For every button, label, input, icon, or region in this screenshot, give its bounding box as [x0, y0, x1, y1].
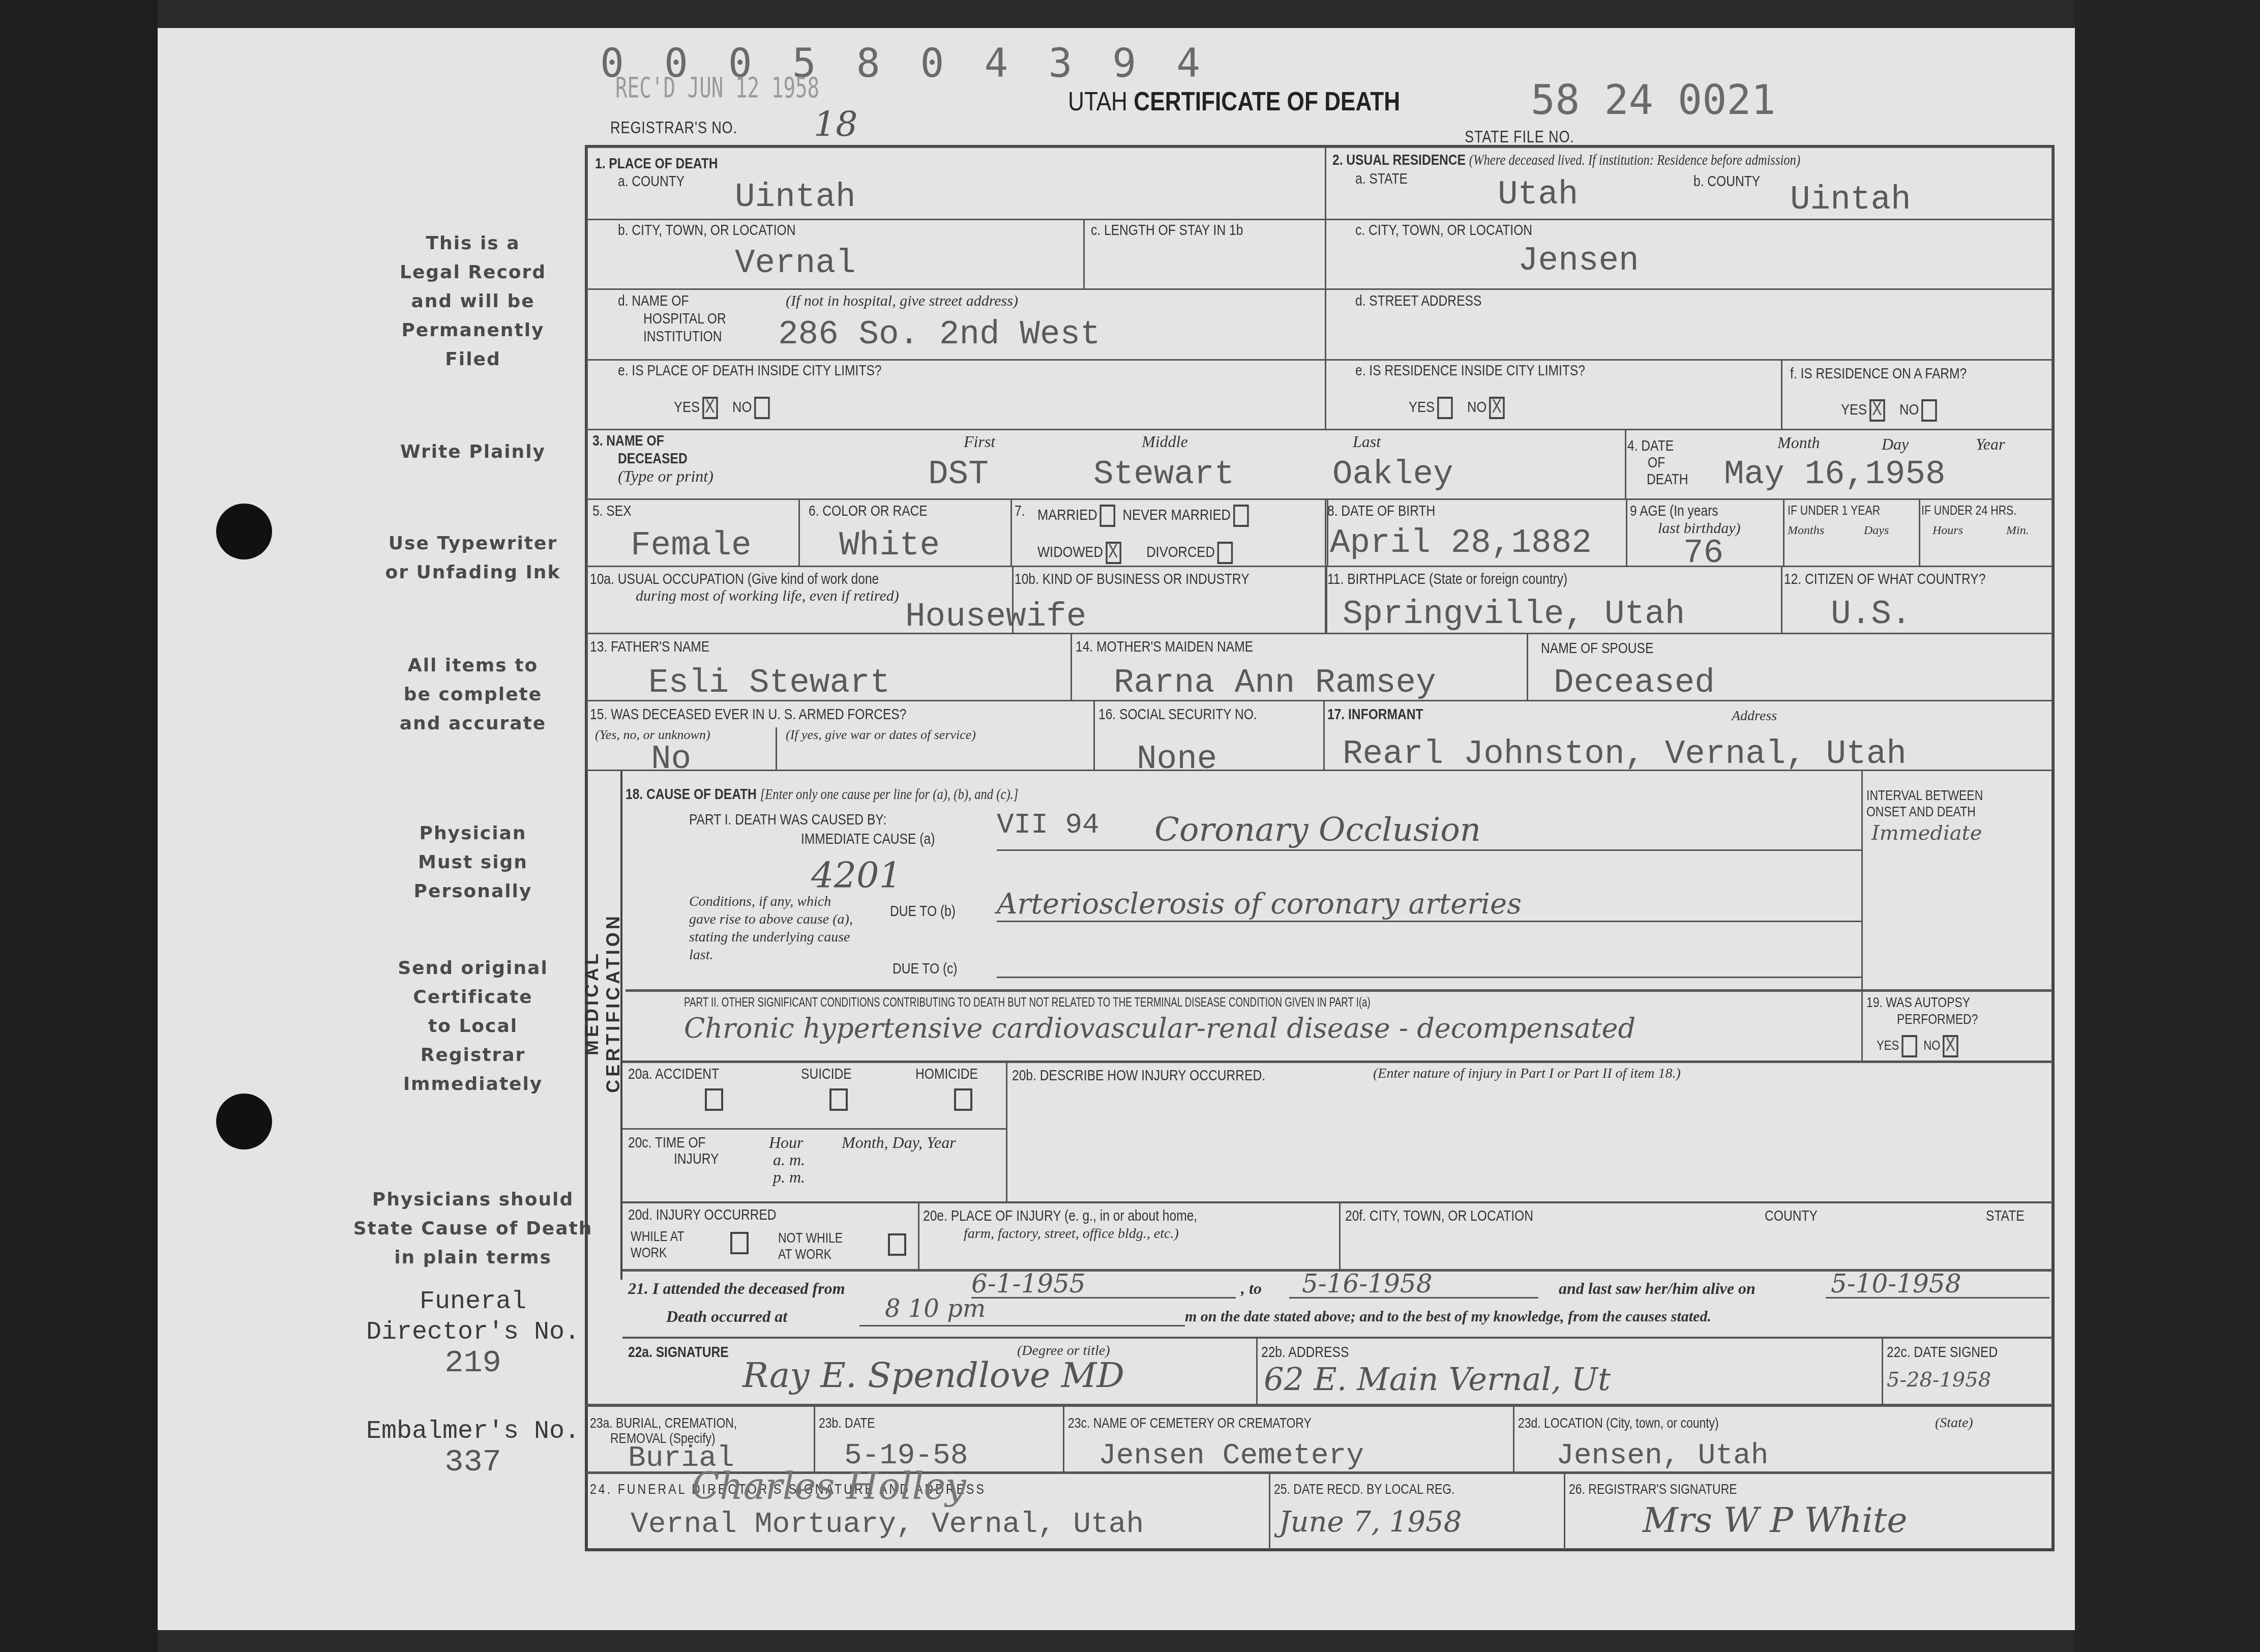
note: Physicians should [331, 1185, 615, 1214]
occupation-hint: during most of working life, even if ret… [636, 587, 899, 605]
never-married-label: NEVER MARRIED [1122, 507, 1231, 523]
note: Physician [331, 819, 615, 848]
note-cause-plain: Physicians should State Cause of Death i… [331, 1185, 615, 1272]
attended-from-label: 21. I attended the deceased from [628, 1279, 845, 1298]
physician-signature: Ray E. Spendlove MD [742, 1355, 1124, 1396]
residence-farm-options: YES NO [1841, 399, 1937, 422]
note: Legal Record [331, 258, 615, 287]
burial-method-label: 23a. BURIAL, CREMATION, [590, 1415, 737, 1431]
note: to Local [331, 1012, 615, 1041]
residence-city-value: Jensen [1518, 242, 1639, 280]
marital-label: 7. [1015, 503, 1025, 520]
attended-to-value: 5-16-1958 [1302, 1269, 1432, 1299]
city-label: b. CITY, TOWN, OR LOCATION [618, 222, 795, 239]
death-time-line [859, 1325, 1185, 1326]
medical-divider [620, 771, 622, 1280]
death-county-value: Uintah [735, 178, 856, 216]
time-of-injury-label: INJURY [674, 1150, 719, 1168]
divider [1256, 1337, 1258, 1405]
note-complete: All items to be complete and accurate [331, 651, 615, 738]
length-of-stay-label: c. LENGTH OF STAY IN 1b [1091, 222, 1243, 239]
registrars-no: 18 [814, 104, 858, 144]
hospital-hint: (If not in hospital, give street address… [786, 292, 1018, 310]
state-file-no-label: STATE FILE NO. [1465, 127, 1574, 147]
residence-farm-no-checkbox[interactable] [1921, 399, 1937, 422]
last-saw-value: 5-10-1958 [1831, 1269, 1961, 1299]
due-to-b-label: DUE TO (b) [890, 903, 956, 920]
under-1-year-label: IF UNDER 1 YEAR [1788, 503, 1880, 518]
month-label: Month [1777, 433, 1820, 452]
ssn-value: None [1137, 740, 1217, 778]
widowed-checkbox[interactable] [1106, 542, 1121, 564]
cause-of-death-label: 18. CAUSE OF DEATH [Enter only one cause… [626, 786, 1018, 803]
mother-label: 14. MOTHER'S MAIDEN NAME [1076, 638, 1253, 656]
physician-address-label: 22b. ADDRESS [1261, 1344, 1349, 1361]
autopsy-options: YES NO [1877, 1035, 1958, 1057]
death-inside-city-no-checkbox[interactable] [754, 397, 770, 419]
note-send-original: Send original Certificate to Local Regis… [331, 954, 615, 1099]
hospital-label: HOSPITAL OR [643, 310, 726, 328]
autopsy-no-checkbox[interactable] [1943, 1035, 1958, 1057]
yes-label: YES [1409, 399, 1435, 416]
residence-county-label: b. COUNTY [1693, 173, 1760, 190]
citizen-value: U.S. [1831, 595, 1911, 633]
month-day-year-label: Month, Day, Year [842, 1133, 956, 1152]
day-label: Day [1882, 435, 1909, 454]
married-checkbox[interactable] [1100, 505, 1116, 527]
to-label: , to [1241, 1279, 1262, 1298]
dob-value: April 28,1882 [1330, 524, 1592, 562]
date-of-death-label: DEATH [1647, 471, 1688, 488]
father-value: Esli Stewart [648, 664, 890, 702]
inside-city-label: e. IS PLACE OF DEATH INSIDE CITY LIMITS? [618, 362, 882, 379]
county-label: a. COUNTY [618, 173, 685, 190]
spouse-label: NAME OF SPOUSE [1541, 640, 1653, 657]
registrars-no-label: REGISTRAR'S NO. [610, 118, 737, 138]
armed-forces-value: No [651, 740, 691, 778]
physician-address-value: 62 E. Main Vernal, Ut [1264, 1361, 1611, 1398]
attended-to-line [1289, 1297, 1538, 1299]
marital-row-1: MARRIED NEVER MARRIED [1037, 505, 1249, 527]
divider [1063, 1407, 1064, 1473]
injury-city-label: 20f. CITY, TOWN, OR LOCATION [1345, 1207, 1533, 1225]
scan-background-right [2075, 0, 2260, 1652]
hospital-label: d. NAME OF [618, 292, 689, 310]
autopsy-label: PERFORMED? [1897, 1011, 1978, 1027]
funeral-director-no: 219 [331, 1348, 615, 1378]
autopsy-yes-checkbox[interactable] [1901, 1035, 1917, 1057]
birthplace-value: Springville, Utah [1343, 595, 1685, 633]
signature-top-line [622, 1337, 2053, 1339]
note: or Unfading Ink [331, 558, 615, 587]
informant-label: 17. INFORMANT [1327, 706, 1423, 723]
section-1-label: 1. PLACE OF DEATH [595, 155, 718, 172]
divorced-checkbox[interactable] [1217, 542, 1233, 564]
months-label: Months [1788, 524, 1824, 538]
funeral-director-number-block: Funeral Director's No. 219 [331, 1287, 615, 1378]
cemetery-label: 23c. NAME OF CEMETERY OR CREMATORY [1068, 1415, 1312, 1431]
am-label: a. m. [773, 1150, 805, 1169]
date-received-label: 25. DATE RECD. BY LOCAL REG. [1274, 1481, 1455, 1497]
place-of-injury-hint: farm, factory, street, office bldg., etc… [964, 1226, 1179, 1242]
punch-hole-bottom [216, 1094, 272, 1149]
residence-inside-city-yes-checkbox[interactable] [1437, 397, 1453, 419]
interval-label: ONSET AND DEATH [1866, 804, 1976, 820]
suicide-label: SUICIDE [801, 1066, 852, 1083]
death-inside-city-options: YES NO [674, 397, 770, 419]
note: Must sign [331, 848, 615, 877]
yes-label: YES [674, 399, 700, 416]
residence-inside-city-no-checkbox[interactable] [1489, 397, 1505, 419]
sidebar-instructions: This is a Legal Record and will be Perma… [331, 229, 615, 374]
funeral-director-signature: Charles Holley [692, 1465, 966, 1508]
injury-place-top-line [622, 1201, 2053, 1203]
scan-background-left [0, 0, 158, 1652]
note: State Cause of Death [331, 1214, 615, 1243]
name-hint: (Type or print) [618, 467, 713, 486]
injury-occurred-label: 20d. INJURY OCCURRED [628, 1206, 777, 1224]
yes-label: YES [1841, 401, 1867, 418]
death-time-value: 8 10 pm [885, 1294, 986, 1323]
injury-state-label: STATE [1986, 1207, 2025, 1225]
divider [776, 727, 777, 771]
armed-forces-label: 15. WAS DECEASED EVER IN U. S. ARMED FOR… [590, 706, 906, 723]
race-value: White [839, 526, 940, 565]
injury-top-line [622, 1060, 2053, 1063]
residence-inside-city-options: YES NO [1409, 397, 1505, 419]
while-at-work-checkbox[interactable] [730, 1232, 749, 1254]
funeral-director-label: Funeral [331, 1287, 615, 1317]
due-to-b-line [997, 921, 1861, 922]
describe-hint: (Enter nature of injury in Part I or Par… [1373, 1066, 1681, 1082]
residence-county-value: Uintah [1790, 181, 1911, 219]
last-saw-line [1826, 1297, 2049, 1299]
registrar-signature: Mrs W P White [1643, 1500, 1908, 1541]
attended-from-line [971, 1297, 1236, 1299]
divider [1882, 1337, 1883, 1405]
note: Immediately [331, 1070, 615, 1099]
due-to-c-label: DUE TO (c) [893, 960, 958, 978]
interval-label: INTERVAL BETWEEN [1866, 787, 1983, 804]
name-label: 3. NAME OF [592, 432, 664, 450]
divider [1564, 1474, 1565, 1550]
note: and accurate [331, 709, 615, 738]
part2-label: PART II. OTHER SIGNIFICANT CONDITIONS CO… [684, 994, 1371, 1010]
funeral-director-value: Vernal Mortuary, Vernal, Utah [631, 1508, 1144, 1541]
year-label: Year [1976, 435, 2005, 454]
due-to-c-line [997, 977, 1861, 978]
death-inside-city-yes-checkbox[interactable] [702, 397, 718, 419]
informant-value: Rearl Johnston, Vernal, Utah [1343, 735, 1907, 773]
burial-location-value: Jensen, Utah [1556, 1439, 1769, 1472]
sex-label: 5. SEX [592, 503, 632, 520]
immediate-cause-line [997, 849, 1861, 851]
residence-farm-label: f. IS RESIDENCE ON A FARM? [1790, 365, 1967, 382]
interval-value: Immediate [1871, 821, 1982, 845]
describe-label: 20b. DESCRIBE HOW INJURY OCCURRED. [1012, 1067, 1265, 1084]
business-label: 10b. KIND OF BUSINESS OR INDUSTRY [1015, 571, 1250, 588]
burial-state-label: (State) [1935, 1415, 1973, 1431]
date-received-value: June 7, 1958 [1279, 1506, 1462, 1539]
injury-county-label: COUNTY [1765, 1207, 1818, 1225]
suicide-checkbox[interactable] [829, 1088, 848, 1111]
note: Personally [331, 877, 615, 906]
residence-street-label: d. STREET ADDRESS [1355, 292, 1481, 310]
burial-top-line [586, 1404, 2053, 1407]
note: Filed [331, 345, 615, 374]
death-occurred-label: Death occurred at [666, 1307, 787, 1326]
conditions-hint: Conditions, if any, which gave rise to a… [689, 893, 854, 964]
note-typewriter: Use Typewriter or Unfading Ink [331, 529, 615, 587]
note: in plain terms [331, 1243, 615, 1272]
part2-value: Chronic hypertensive cardiovascular-rena… [684, 1012, 1635, 1044]
accident-label: 20a. ACCIDENT [628, 1066, 719, 1083]
homicide-label: HOMICIDE [915, 1066, 978, 1083]
embalmer-number-block: Embalmer's No. 337 [331, 1417, 615, 1478]
part1-label: PART I. DEATH WAS CAUSED BY: [689, 811, 886, 829]
while-at-work-label: WHILE AT WORK [631, 1228, 689, 1261]
immediate-cause-label: IMMEDIATE CAUSE (a) [801, 831, 935, 848]
date-of-death-value: May 16,1958 [1724, 455, 1946, 493]
note: and will be [331, 287, 615, 316]
time-of-injury-label: 20c. TIME OF [628, 1134, 706, 1152]
hours-label: Hours [1932, 524, 1963, 538]
date-signed-label: 22c. DATE SIGNED [1887, 1344, 1998, 1361]
title-prefix: UTAH [1068, 87, 1127, 116]
interval-divider [1861, 771, 1863, 992]
hospital-label: INSTITUTION [643, 328, 722, 345]
residence-state-label: a. STATE [1355, 170, 1408, 188]
note: This is a [331, 229, 615, 258]
under-24-hrs-label: IF UNDER 24 HRS. [1921, 503, 2016, 518]
residence-farm-yes-checkbox[interactable] [1869, 399, 1885, 422]
autopsy-label: 19. WAS AUTOPSY [1866, 994, 1970, 1011]
divider [918, 1201, 919, 1270]
embalmer-no: 337 [331, 1447, 615, 1478]
mother-value: Rarna Ann Ramsey [1114, 664, 1436, 702]
date-of-death-label: OF [1648, 454, 1665, 471]
divider [1269, 1474, 1270, 1550]
autopsy-divider [1861, 989, 1863, 1060]
no-label: NO [1899, 401, 1919, 418]
dob-label: 8. DATE OF BIRTH [1327, 503, 1435, 520]
middle-name-value: Stewart [1093, 455, 1234, 493]
residence-city-label: c. CITY, TOWN, OR LOCATION [1355, 222, 1532, 239]
yes-label: YES [1877, 1038, 1899, 1053]
immediate-code: VII 94 [997, 809, 1099, 841]
first-name-value: DST [928, 455, 989, 493]
note: All items to [331, 651, 615, 680]
received-stamp: REC'D JUN 12 1958 [615, 71, 819, 104]
divider [1513, 1407, 1514, 1473]
registrar-signature-label: 26. REGISTRAR'S SIGNATURE [1569, 1481, 1737, 1497]
embalmer-label: Embalmer's No. [331, 1417, 615, 1447]
not-while-at-work-label: NOT WHILE AT WORK [778, 1230, 849, 1262]
race-label: 6. COLOR OR RACE [809, 503, 928, 520]
cemetery-value: Jensen Cemetery [1098, 1439, 1364, 1472]
armed-forces-service-hint: (If yes, give war or dates of service) [786, 727, 976, 743]
married-label: MARRIED [1037, 507, 1097, 523]
middle-label: Middle [1142, 432, 1188, 451]
birthplace-label: 11. BIRTHPLACE (State or foreign country… [1327, 571, 1567, 588]
note: Use Typewriter [331, 529, 615, 558]
name-label-2: DECEASED [618, 450, 688, 467]
father-label: 13. FATHER'S NAME [590, 638, 709, 656]
time-injury-top-line [622, 1128, 1006, 1130]
note: be complete [331, 680, 615, 709]
last-name-value: Oakley [1332, 455, 1453, 493]
age-label: 9 AGE (In years [1630, 503, 1718, 520]
note-physician: Physician Must sign Personally [331, 819, 615, 906]
burial-date-label: 23b. DATE [819, 1415, 875, 1431]
no-label: NO [1467, 399, 1486, 416]
no-label: NO [1923, 1038, 1940, 1053]
citizen-label: 12. CITIZEN OF WHAT COUNTRY? [1784, 571, 1985, 588]
note: Permanently [331, 316, 615, 345]
sex-value: Female [631, 526, 752, 565]
code-note: 4201 [811, 854, 902, 896]
note: Certificate [331, 983, 615, 1012]
divider [814, 1407, 815, 1473]
marital-row-2: WIDOWED DIVORCED [1037, 542, 1233, 564]
date-signed-value: 5-28-1958 [1887, 1368, 1991, 1392]
place-of-injury-label: 20e. PLACE OF INJURY (e. g., in or about… [923, 1207, 1197, 1225]
spouse-value: Deceased [1554, 664, 1715, 702]
last-saw-label: and last saw her/him alive on [1559, 1279, 1756, 1298]
pm-label: p. m. [773, 1168, 805, 1187]
punch-hole-top [216, 504, 272, 559]
homicide-checkbox[interactable] [954, 1088, 972, 1111]
widowed-label: WIDOWED [1037, 544, 1103, 560]
informant-address-label: Address [1732, 708, 1777, 724]
date-of-death-label: 4. DATE [1627, 437, 1674, 455]
no-label: NO [732, 399, 752, 416]
burial-location-label: 23d. LOCATION (City, town, or county) [1518, 1415, 1719, 1431]
medical-certification-side: MEDICAL CERTIFICATION [585, 773, 620, 1221]
describe-divider [1006, 1060, 1007, 1203]
accident-checkbox[interactable] [705, 1088, 723, 1111]
occupation-label: 10a. USUAL OCCUPATION (Give kind of work… [590, 571, 879, 588]
note-write-plainly: Write Plainly [331, 437, 615, 466]
divider [1339, 1201, 1341, 1270]
days-label: Days [1864, 524, 1889, 538]
signature-label: 22a. SIGNATURE [628, 1344, 729, 1361]
section-2-label: 2. USUAL RESIDENCE (Where deceased lived… [1332, 152, 1800, 169]
state-file-number: 58 24 0021 [1531, 76, 1776, 124]
first-label: First [964, 432, 995, 451]
death-city-value: Vernal [735, 244, 856, 282]
certificate-title: UTAH CERTIFICATE OF DEATH [1068, 86, 1400, 117]
hour-label: Hour [769, 1133, 804, 1152]
note: Registrar [331, 1041, 615, 1070]
last-label: Last [1353, 432, 1381, 451]
attended-from-value: 6-1-1955 [971, 1269, 1086, 1299]
note: Send original [331, 954, 615, 983]
ssn-label: 16. SOCIAL SECURITY NO. [1098, 706, 1257, 723]
attestation-statement: m on the date stated above; and to the b… [1185, 1308, 1711, 1325]
never-married-checkbox[interactable] [1233, 505, 1249, 527]
title-text: CERTIFICATE OF DEATH [1134, 87, 1400, 116]
min-label: Min. [2006, 524, 2029, 538]
residence-state-value: Utah [1498, 175, 1578, 214]
immediate-cause-value: Coronary Occlusion [1154, 811, 1481, 849]
residence-inside-city-label: e. IS RESIDENCE INSIDE CITY LIMITS? [1355, 362, 1585, 379]
due-to-b-value: Arteriosclerosis of coronary arteries [997, 888, 1522, 921]
part2-top-line [626, 989, 2053, 992]
divorced-label: DIVORCED [1146, 544, 1215, 560]
funeral-director-label: Director's No. [331, 1317, 615, 1348]
hospital-value: 286 So. 2nd West [778, 315, 1101, 353]
not-while-at-work-checkbox[interactable] [888, 1233, 906, 1256]
